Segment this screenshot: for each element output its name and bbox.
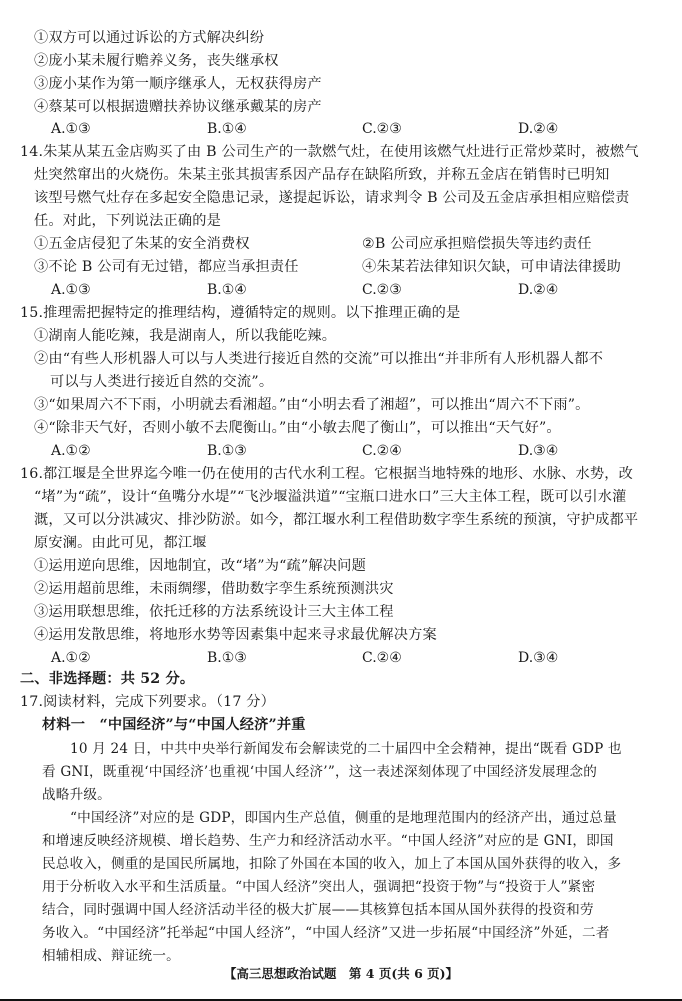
q16-stem-line-4: 原安澜。由此可见，都江堰 (34, 534, 207, 552)
q16-option-c: C.②④ (362, 649, 402, 667)
material-1-para2-line-6: 务收入。“中国经济”托举起“中国人经济”，“中国人经济”又进一步拓展“中国经济”… (42, 924, 610, 942)
q16-item-4: ④运用发散思维，将地形水势等因素集中起来寻求最优解决方案 (34, 626, 437, 644)
q15-option-b: B.①③ (207, 442, 247, 460)
q13-option-b: B.①④ (207, 120, 247, 138)
material-1-para2-line-2: 和增速反映经济规模、增长趋势、生产力和经济活动水平。“中国人经济”对应的是 GN… (42, 832, 614, 850)
q15-option-d: D.③④ (518, 442, 558, 460)
q13-item-2: ②庞小某未履行赡养义务，丧失继承权 (34, 52, 279, 70)
q13-item-1: ①双方可以通过诉讼的方式解决纠纷 (34, 29, 264, 47)
q14-option-b: B.①④ (207, 281, 247, 299)
material-1-para1-line-3: 战略升级。 (42, 786, 111, 804)
q15-stem: 15.推理需把握特定的推理结构，遵循特定的规则。以下推理正确的是 (20, 304, 460, 322)
material-1-para1-line-1: 10 月 24 日，中共中央举行新闻发布会解读党的二十届四中全会精神，提出“既看… (70, 740, 622, 758)
q16-option-a: A.①② (51, 649, 91, 667)
material-1-para2-line-5: 结合，同时强调中国人经济活动半径的极大扩展——其核算包括本国从国外获得的投资和劳 (42, 901, 594, 919)
q16-stem-line-2: “堵”为“疏”，设计“鱼嘴分水堤”“飞沙堰溢洪道”“宝瓶口进水口”三大主体工程，… (34, 488, 626, 506)
q14-option-c: C.②③ (362, 281, 402, 299)
q16-item-2: ②运用超前思维，未雨绸缪，借助数字孪生系统预测洪灾 (34, 580, 394, 598)
q13-option-d: D.②④ (518, 120, 558, 138)
q14-stem-line-1: 14.朱某从某五金店购买了由 B 公司生产的一款燃气灶，在使用该燃气灶进行正常炒… (20, 143, 639, 161)
q13-item-3: ③庞小某作为第一顺序继承人，无权获得房产 (34, 75, 322, 93)
q14-option-a: A.①③ (51, 281, 91, 299)
material-1-para1-line-2: 看 GNI，既重视‘中国经济’也重视‘中国人经济’”，这一表述深刻体现了中国经济… (42, 763, 597, 781)
q16-item-3: ③运用联想思维，依托迁移的方法系统设计三大主体工程 (34, 603, 394, 621)
q13-option-c: C.②③ (362, 120, 402, 138)
q16-item-1: ①运用逆向思维，因地制宜，改“堵”为“疏”解决问题 (34, 557, 366, 575)
q15-item-4: ④“除非天气好，否则小敏不去爬衡山。”由“小敏去爬了衡山”，可以推出“天气好”。 (34, 419, 561, 437)
q16-stem-line-3: 溉，又可以分洪减灾、排沙防淤。如今，都江堰水利工程借助数字孪生系统的预演，守护成… (34, 511, 638, 529)
page-footer: 【高三思想政治试题 第 4 页(共 6 页)】 (0, 966, 682, 982)
material-1-para2-line-4: 用于分析收入水平和生活质量。“中国人经济”突出人，强调把“投资于物”与“投资于人… (42, 878, 595, 896)
q14-stem-line-4: 任。对此，下列说法正确的是 (34, 212, 221, 230)
q14-option-d: D.②④ (518, 281, 558, 299)
material-1-para2-line-1: “中国经济”对应的是 GDP，即国内生产总值，侧重的是地理范围内的经济产出，通过… (70, 809, 617, 827)
q15-option-c: C.②④ (362, 442, 402, 460)
q15-option-a: A.①② (51, 442, 91, 460)
q16-stem-line-1: 16.都江堰是全世界迄今唯一仍在使用的古代水利工程。它根据当地特殊的地形、水脉、… (20, 465, 633, 483)
q15-item-2-cont: 可以与人类进行接近自然的交流”。 (50, 373, 273, 391)
material-1-title: 材料一 “中国经济”与“中国人经济”并重 (42, 716, 306, 734)
section-2-heading: 二、非选择题：共 52 分。 (20, 670, 194, 688)
q16-option-b: B.①③ (207, 649, 247, 667)
q17-stem: 17.阅读材料，完成下列要求。（17 分） (20, 693, 275, 711)
material-1-para2-line-7: 相辅相成、辩证统一。 (42, 947, 180, 965)
q13-option-a: A.①③ (51, 120, 91, 138)
q15-item-2: ②由“有些人形机器人可以与人类进行接近自然的交流”可以推出“并非所有人形机器人都… (34, 350, 603, 368)
q14-item-1: ①五金店侵犯了朱某的安全消费权 (34, 235, 250, 253)
q15-item-3: ③“如果周六不下雨，小明就去看湘超。”由“小明去看了湘超”，可以推出“周六不下雨… (34, 396, 590, 414)
q15-item-1: ①湖南人能吃辣，我是湖南人，所以我能吃辣。 (34, 327, 336, 345)
q14-item-3: ③不论 B 公司有无过错，都应当承担责任 (34, 258, 299, 276)
q14-stem-line-2: 灶突然窜出的火烧伤。朱某主张其损害系因产品存在缺陷所致，并称五金店在销售时已明知 (34, 166, 610, 184)
material-1-para2-line-3: 民总收入，侧重的是国民所属地，扣除了外国在本国的收入，加上了本国从国外获得的收入… (42, 855, 621, 873)
q14-item-4: ④朱某若法律知识欠缺，可申请法律援助 (362, 258, 621, 276)
q14-item-2: ②B 公司应承担赔偿损失等违约责任 (362, 235, 592, 253)
q14-stem-line-3: 该型号燃气灶存在多起安全隐患记录，遂提起诉讼，请求判令 B 公司及五金店承担相应… (34, 189, 630, 207)
q13-item-4: ④蔡某可以根据遗赠扶养协议继承戴某的房产 (34, 98, 322, 116)
q16-option-d: D.③④ (518, 649, 558, 667)
